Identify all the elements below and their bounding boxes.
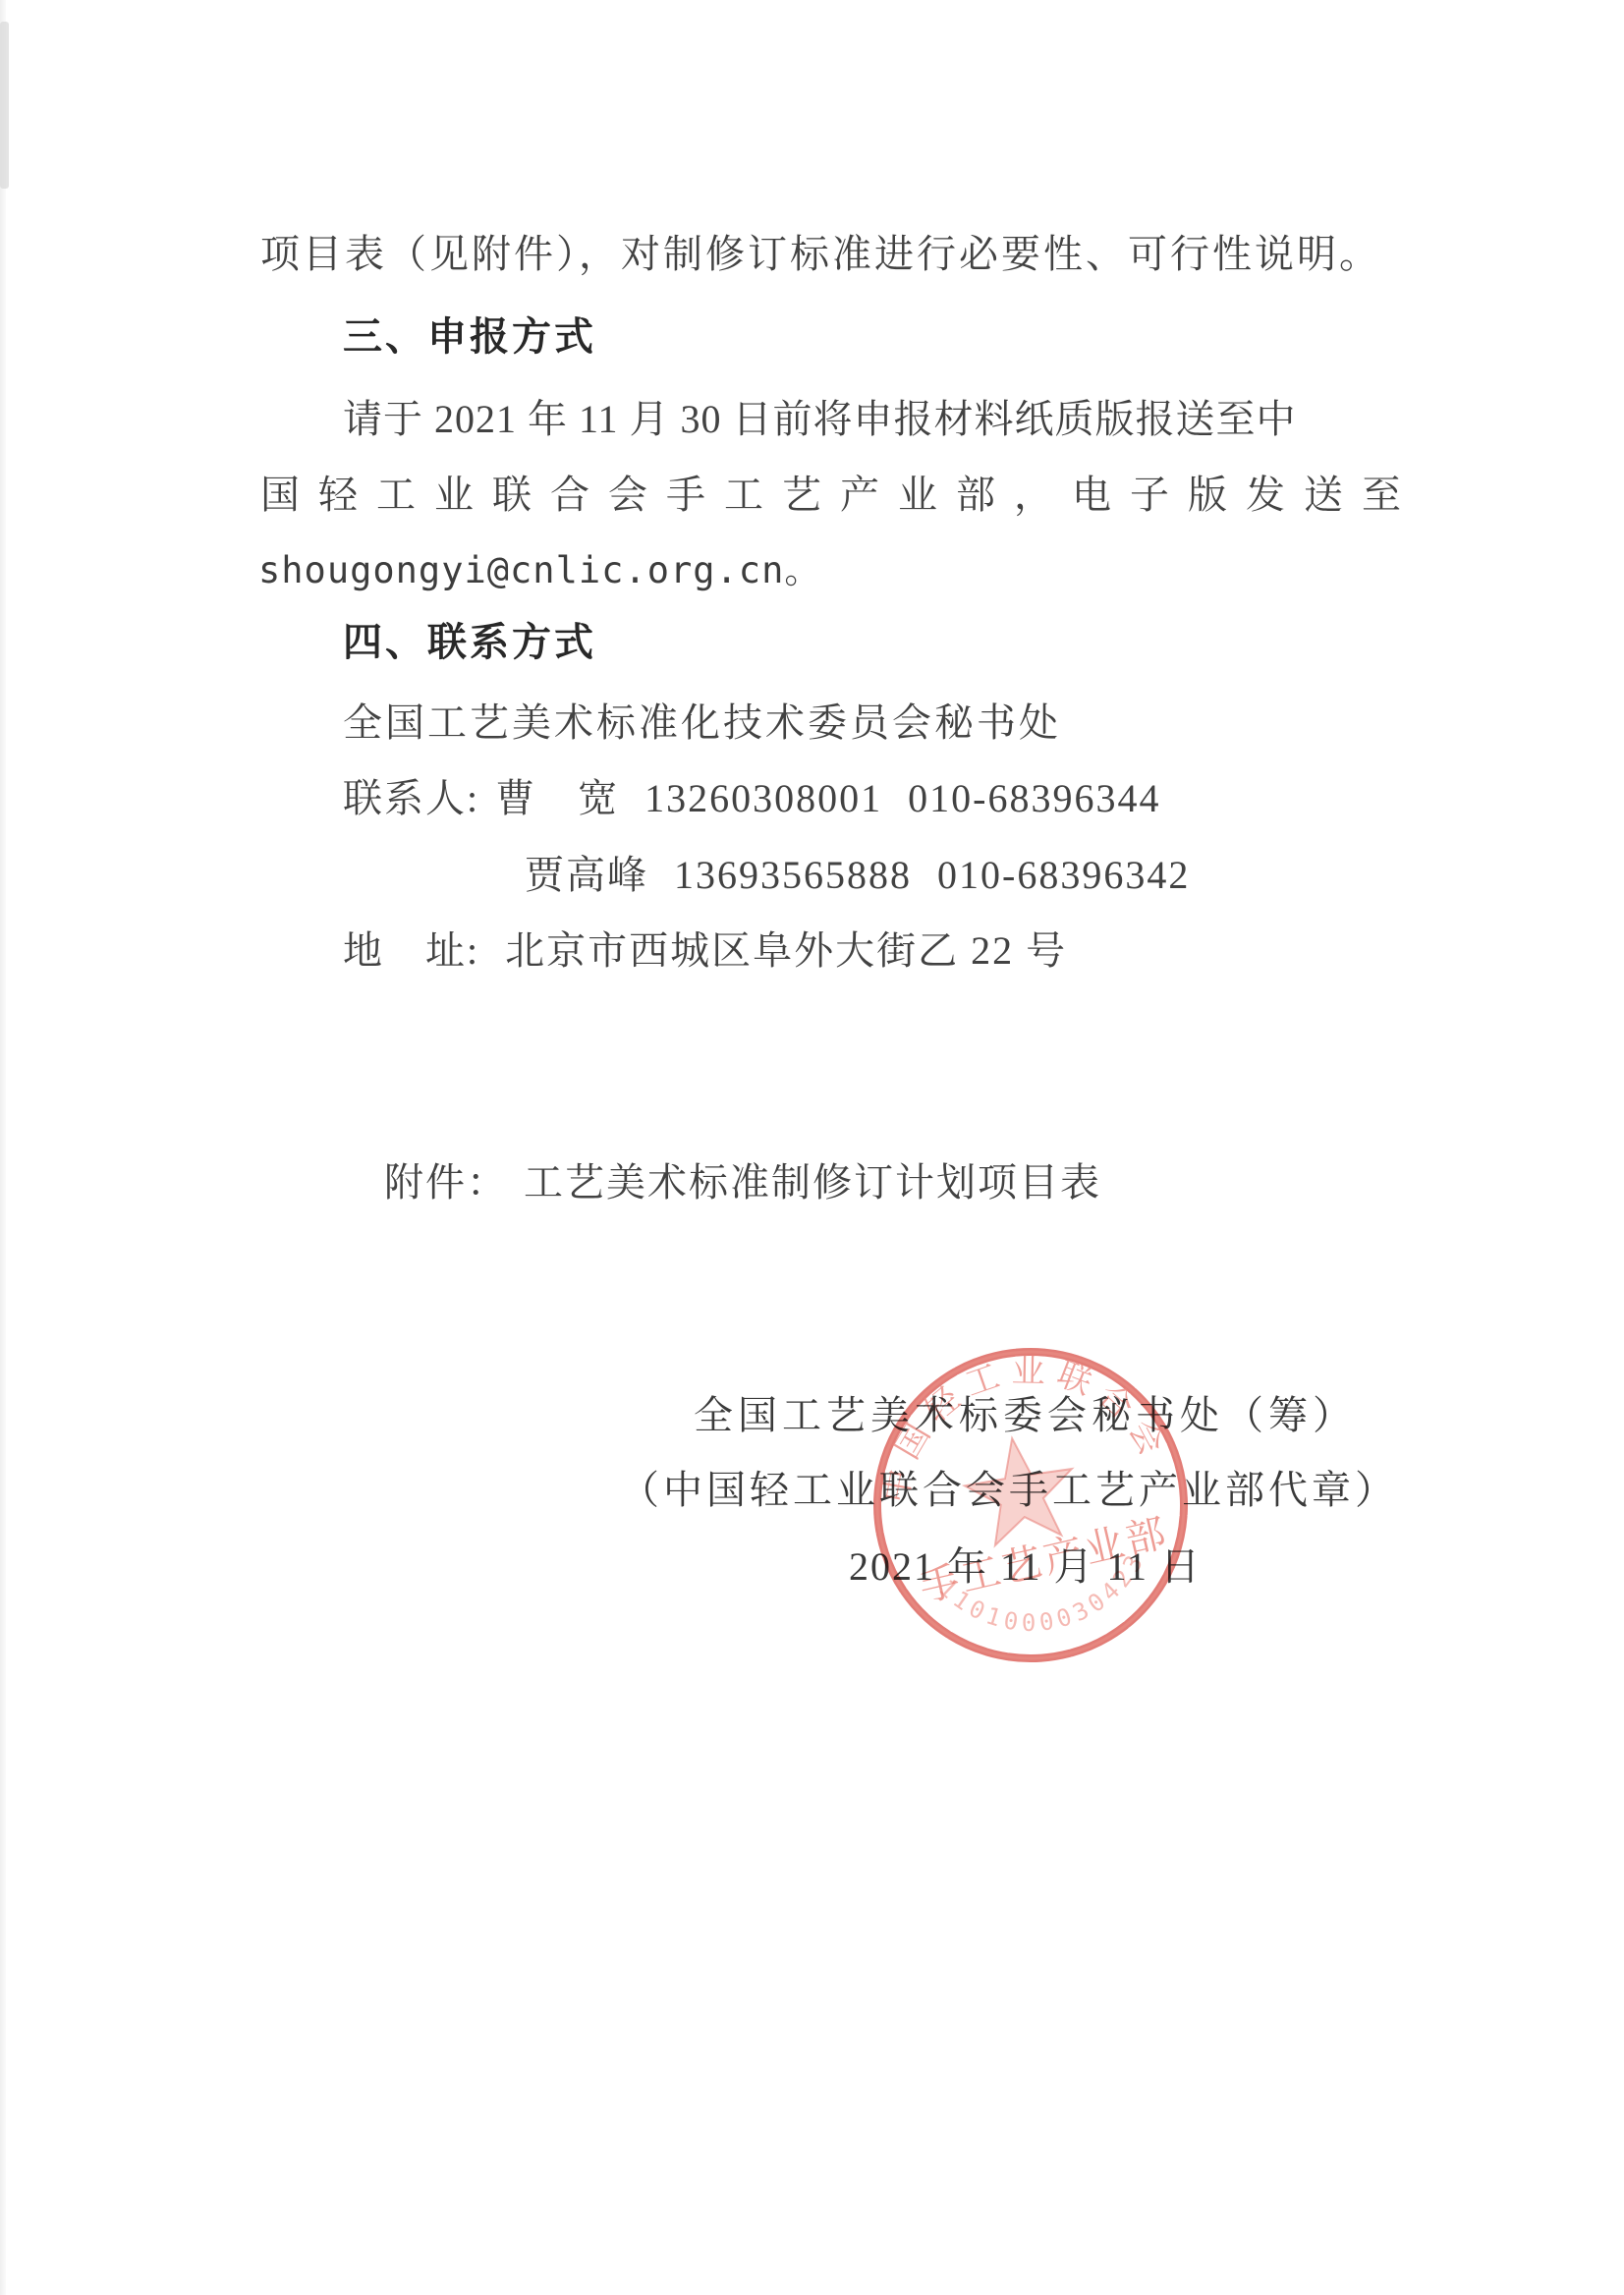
- scan-edge-artifact: [0, 0, 6, 2295]
- secretariat-name: 全国工艺美术标准化技术委员会秘书处: [343, 700, 1061, 746]
- section-3-paragraph-line-1: 请于 2021 年 11 月 30 日前将申报材料纸质版报送至中: [343, 397, 1297, 442]
- contact-2-name: 贾高峰: [525, 853, 648, 897]
- contact-2-phone: 010-68396342: [937, 853, 1190, 897]
- contact-1-name: 曹 宽: [495, 776, 619, 820]
- section-4-heading: 四、联系方式: [343, 620, 596, 665]
- contact-row-2: 贾高峰13693565888010-68396342: [525, 853, 1190, 898]
- attachment-label: 附件：: [384, 1160, 508, 1204]
- body-line-1: 项目表（见附件），对制修订标准进行必要性、可行性说明。: [260, 232, 1381, 277]
- attachment-row: 附件：工艺美术标准制修订计划项目表: [384, 1160, 1101, 1205]
- address-label: 地 址:: [343, 928, 479, 973]
- contact-2-mobile: 13693565888: [674, 853, 912, 897]
- contact-label: 联系人:: [343, 776, 479, 820]
- seal-graphic: 中国轻工业联合会 1101000030423 手工艺产业部: [867, 1341, 1195, 1669]
- address-value: 北京市西城区阜外大街乙 22 号: [505, 928, 1067, 973]
- contact-1-mobile: 13260308001: [644, 776, 882, 820]
- address-row: 地 址:北京市西城区阜外大街乙 22 号: [343, 928, 1067, 974]
- document-page: 项目表（见附件），对制修订标准进行必要性、可行性说明。 三、申报方式 请于 20…: [0, 0, 1624, 2295]
- section-3-paragraph-line-2: 国轻工业联合会手工艺产业部，电子版发送至: [260, 473, 1420, 518]
- scan-smudge-artifact: [0, 22, 9, 189]
- seal-star-icon: [959, 1429, 1082, 1548]
- contact-row-1: 联系人:曹 宽13260308001010-68396344: [343, 776, 1160, 821]
- section-3-heading: 三、申报方式: [343, 314, 596, 360]
- contact-1-phone: 010-68396344: [908, 776, 1160, 820]
- email-address: shougongyi@cnlic.org.cn。: [258, 550, 821, 592]
- official-seal: 中国轻工业联合会 1101000030423 手工艺产业部: [867, 1341, 1195, 1669]
- attachment-title: 工艺美术标准制修订计划项目表: [524, 1160, 1101, 1204]
